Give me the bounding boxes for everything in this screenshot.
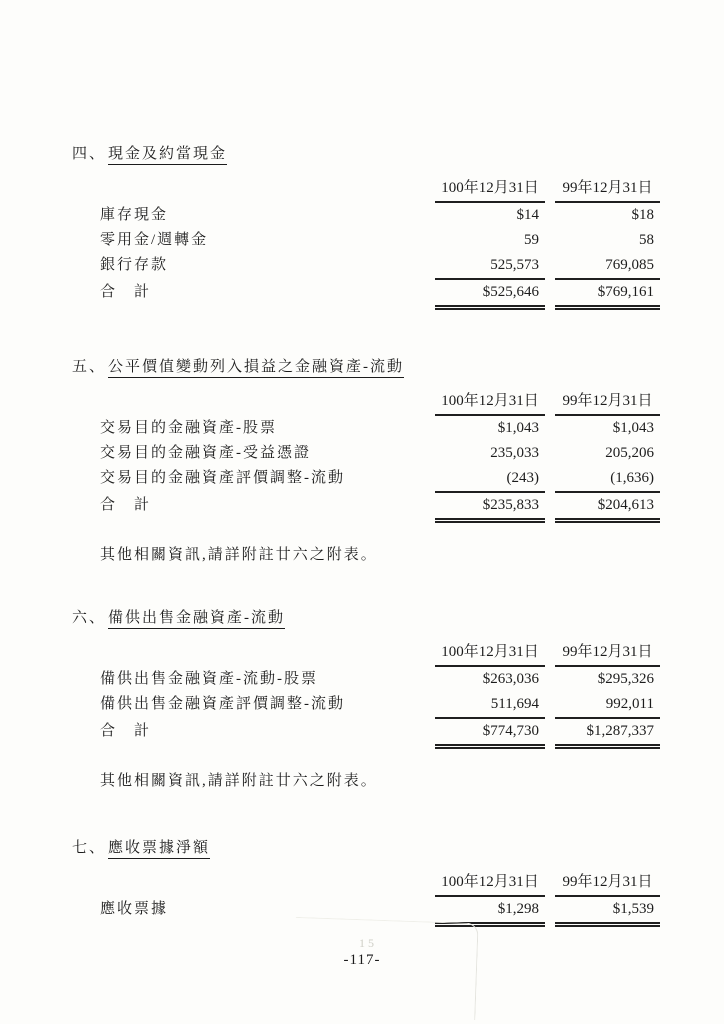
column-header-date-prior: 99年12月31日 bbox=[555, 176, 660, 203]
section-cash: 四、現金及約當現金 100年12月31日 99年12月31日 庫存現金 $14 … bbox=[72, 142, 662, 310]
afs-table: 100年12月31日 99年12月31日 備供出售金融資產-流動-股票 $263… bbox=[100, 640, 660, 749]
row-label: 交易目的金融資產-受益憑證 bbox=[100, 441, 425, 466]
total-row-value: $1,287,337 bbox=[555, 719, 660, 749]
row-value: 769,085 bbox=[555, 253, 660, 280]
section-number: 七、 bbox=[72, 840, 108, 856]
row-value: (243) bbox=[435, 466, 545, 493]
row-label: 庫存現金 bbox=[100, 203, 425, 228]
fvtpl-table: 100年12月31日 99年12月31日 交易目的金融資產-股票 $1,043 … bbox=[100, 389, 660, 523]
section-fvtpl-assets: 五、公平價值變動列入損益之金融資產-流動 100年12月31日 99年12月31… bbox=[72, 355, 662, 564]
row-value: 235,033 bbox=[435, 441, 545, 466]
section-number: 五、 bbox=[72, 359, 108, 375]
section-title-text: 現金及約當現金 bbox=[108, 146, 227, 165]
section-notes-receivable: 七、應收票據淨額 100年12月31日 99年12月31日 應收票據 $1,29… bbox=[72, 836, 662, 927]
column-header-date-prior: 99年12月31日 bbox=[555, 640, 660, 667]
row-value: 525,573 bbox=[435, 253, 545, 280]
spacer-cell bbox=[100, 176, 425, 203]
spacer-cell bbox=[100, 640, 425, 667]
row-label: 零用金/週轉金 bbox=[100, 228, 425, 253]
column-header-date-current: 100年12月31日 bbox=[435, 389, 545, 416]
total-row-label: 合 計 bbox=[100, 280, 425, 310]
column-header-date-current: 100年12月31日 bbox=[435, 870, 545, 897]
page-content: 四、現金及約當現金 100年12月31日 99年12月31日 庫存現金 $14 … bbox=[72, 142, 662, 927]
row-value: 992,011 bbox=[555, 692, 660, 719]
spacer-cell bbox=[100, 389, 425, 416]
section-title-text: 公平價值變動列入損益之金融資產-流動 bbox=[108, 359, 404, 378]
total-row-value: $774,730 bbox=[435, 719, 545, 749]
total-row-value: $769,161 bbox=[555, 280, 660, 310]
section-number: 四、 bbox=[72, 146, 108, 162]
section-title-text: 備供出售金融資產-流動 bbox=[108, 610, 285, 629]
section-afs-assets: 六、備供出售金融資產-流動 100年12月31日 99年12月31日 備供出售金… bbox=[72, 606, 662, 790]
row-value: $1,539 bbox=[555, 897, 660, 927]
section-heading: 四、現金及約當現金 bbox=[72, 142, 662, 163]
bleed-through-text: 15 bbox=[348, 936, 388, 951]
row-label: 備供出售金融資產評價調整-流動 bbox=[100, 692, 425, 719]
section-number: 六、 bbox=[72, 610, 108, 626]
row-value: 511,694 bbox=[435, 692, 545, 719]
total-row-value: $525,646 bbox=[435, 280, 545, 310]
total-row-value: $235,833 bbox=[435, 493, 545, 523]
cash-table: 100年12月31日 99年12月31日 庫存現金 $14 $18 零用金/週轉… bbox=[100, 176, 660, 310]
section-heading: 五、公平價值變動列入損益之金融資產-流動 bbox=[72, 355, 662, 376]
row-value: $1,298 bbox=[435, 897, 545, 927]
row-label: 交易目的金融資產評價調整-流動 bbox=[100, 466, 425, 493]
row-value: $1,043 bbox=[435, 416, 545, 441]
column-header-date-prior: 99年12月31日 bbox=[555, 870, 660, 897]
section-heading: 七、應收票據淨額 bbox=[72, 836, 662, 857]
row-label: 銀行存款 bbox=[100, 253, 425, 280]
row-value: (1,636) bbox=[555, 466, 660, 493]
document-page: 四、現金及約當現金 100年12月31日 99年12月31日 庫存現金 $14 … bbox=[0, 0, 724, 1024]
row-value: $14 bbox=[435, 203, 545, 228]
spacer-cell bbox=[100, 870, 425, 897]
total-row-label: 合 計 bbox=[100, 493, 425, 523]
row-value: 58 bbox=[555, 228, 660, 253]
row-value: $1,043 bbox=[555, 416, 660, 441]
row-value: 59 bbox=[435, 228, 545, 253]
column-header-date-prior: 99年12月31日 bbox=[555, 389, 660, 416]
row-value: $18 bbox=[555, 203, 660, 228]
notes-receivable-table: 100年12月31日 99年12月31日 應收票據 $1,298 $1,539 bbox=[100, 870, 660, 927]
note-text: 其他相關資訊,請詳附註廿六之附表。 bbox=[100, 543, 662, 564]
total-row-value: $204,613 bbox=[555, 493, 660, 523]
row-value: 205,206 bbox=[555, 441, 660, 466]
page-number: -117- bbox=[0, 952, 724, 969]
row-label: 應收票據 bbox=[100, 897, 425, 927]
row-value: $263,036 bbox=[435, 667, 545, 692]
note-text: 其他相關資訊,請詳附註廿六之附表。 bbox=[100, 769, 662, 790]
section-title-text: 應收票據淨額 bbox=[108, 840, 210, 859]
row-value: $295,326 bbox=[555, 667, 660, 692]
column-header-date-current: 100年12月31日 bbox=[435, 176, 545, 203]
total-row-label: 合 計 bbox=[100, 719, 425, 749]
row-label: 交易目的金融資產-股票 bbox=[100, 416, 425, 441]
column-header-date-current: 100年12月31日 bbox=[435, 640, 545, 667]
row-label: 備供出售金融資產-流動-股票 bbox=[100, 667, 425, 692]
section-heading: 六、備供出售金融資產-流動 bbox=[72, 606, 662, 627]
